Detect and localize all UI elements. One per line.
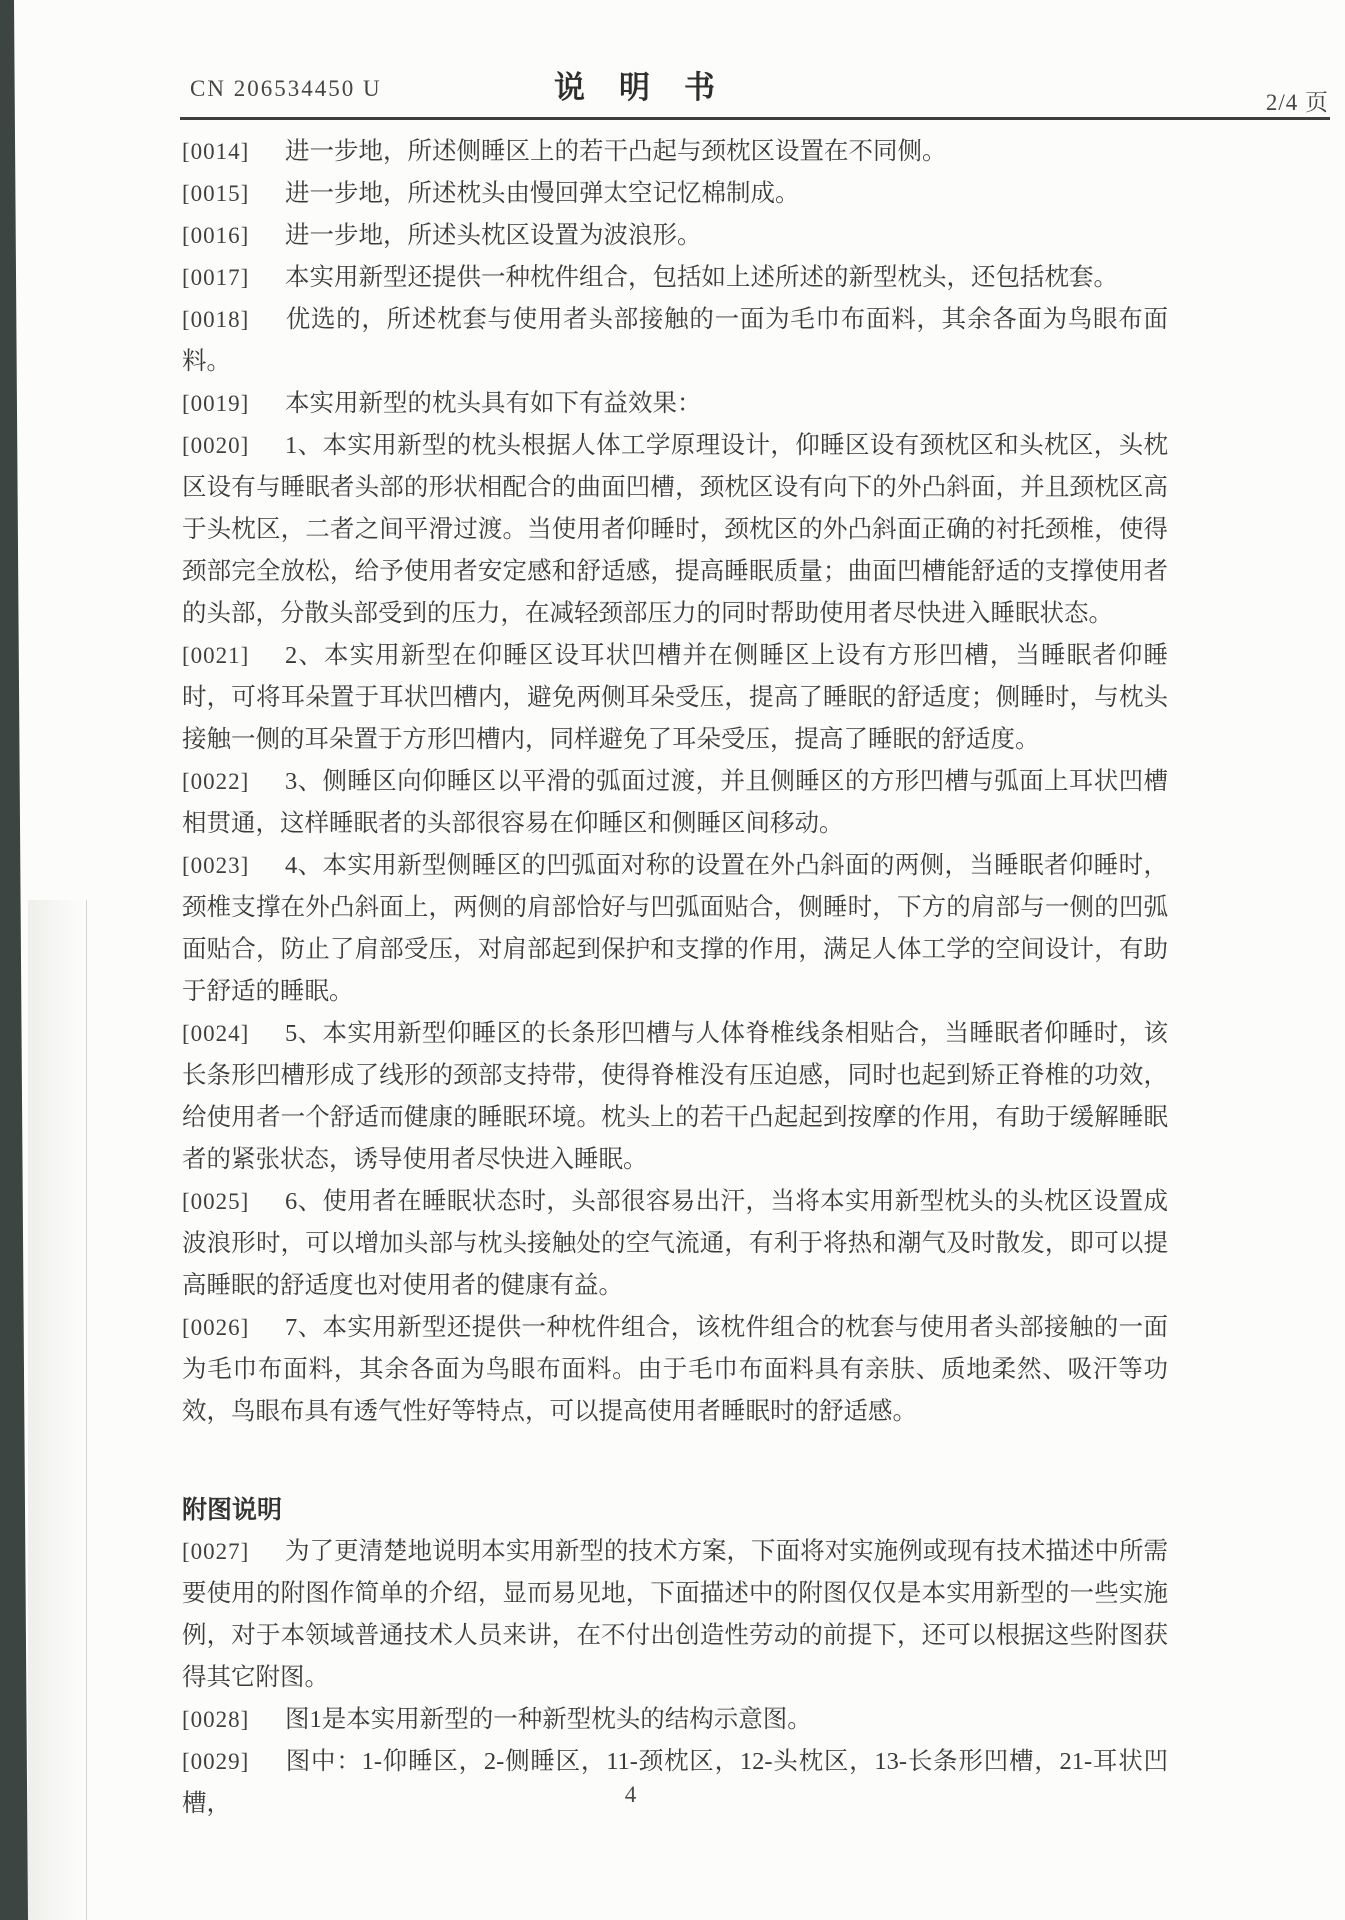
page-indicator: 2/4 页 [1266, 84, 1329, 117]
paragraph-text: 3、侧睡区向仰睡区以平滑的弧面过渡，并且侧睡区的方形凹槽与弧面上耳状凹槽相贯通，… [182, 768, 1168, 837]
specification-body: [0014]进一步地，所述侧睡区上的若干凸起与颈枕区设置在不同侧。[0015]进… [182, 131, 1168, 1825]
header-rule [180, 117, 1330, 120]
page-number: 4 [0, 1782, 1303, 1808]
paragraph: [0014]进一步地，所述侧睡区上的若干凸起与颈枕区设置在不同侧。 [182, 131, 1168, 173]
paragraph: [0022]3、侧睡区向仰睡区以平滑的弧面过渡，并且侧睡区的方形凹槽与弧面上耳状… [182, 761, 1168, 845]
paragraph-number: [0016] [182, 215, 285, 257]
paragraph-text: 优选的，所述枕套与使用者头部接触的一面为毛巾布面料，其余各面为鸟眼布面料。 [182, 306, 1168, 375]
page-crease [28, 900, 87, 1920]
paragraph: [0023]4、本实用新型侧睡区的凹弧面对称的设置在外凸斜面的两侧，当睡眠者仰睡… [182, 845, 1168, 1013]
paragraph: [0025]6、使用者在睡眠状态时，头部很容易出汗，当将本实用新型枕头的头枕区设… [182, 1181, 1168, 1307]
paragraph-text: 6、使用者在睡眠状态时，头部很容易出汗，当将本实用新型枕头的头枕区设置成波浪形时… [182, 1188, 1168, 1299]
paragraph-number: [0014] [182, 131, 285, 173]
paragraph-text: 为了更清楚地说明本实用新型的技术方案，下面将对实施例或现有技术描述中所需要使用的… [182, 1538, 1168, 1691]
paragraph: [0028]图1是本实用新型的一种新型枕头的结构示意图。 [182, 1699, 1168, 1741]
paragraph-text: 进一步地，所述枕头由慢回弹太空记忆棉制成。 [285, 180, 800, 207]
paragraph: [0027]为了更清楚地说明本实用新型的技术方案，下面将对实施例或现有技术描述中… [182, 1531, 1168, 1699]
paragraph-number: [0017] [182, 257, 285, 299]
paragraph-number: [0026] [182, 1307, 285, 1349]
paragraph-number: [0025] [182, 1181, 285, 1223]
paragraph: [0019]本实用新型的枕头具有如下有益效果： [182, 383, 1168, 425]
paragraph-number: [0015] [182, 173, 285, 215]
patent-specification-page: CN 206534450 U 说明书 2/4 页 [0014]进一步地，所述侧睡… [0, 0, 1345, 1920]
paragraph: [0026]7、本实用新型还提供一种枕件组合，该枕件组合的枕套与使用者头部接触的… [182, 1307, 1168, 1433]
document-title: 说明书 [0, 62, 1307, 107]
paragraph-text: 2、本实用新型在仰睡区设耳状凹槽并在侧睡区上设有方形凹槽，当睡眠者仰睡时，可将耳… [182, 642, 1168, 753]
paragraph-number: [0022] [182, 761, 285, 803]
paragraph-number: [0024] [182, 1013, 285, 1055]
paragraph-text: 本实用新型的枕头具有如下有益效果： [285, 390, 702, 417]
paragraph: [0020]1、本实用新型的枕头根据人体工学原理设计，仰睡区设有颈枕区和头枕区，… [182, 425, 1168, 635]
paragraph-number: [0018] [182, 299, 285, 341]
paragraph-text: 5、本实用新型仰睡区的长条形凹槽与人体脊椎线条相贴合，当睡眠者仰睡时，该长条形凹… [182, 1020, 1168, 1173]
paragraph-number: [0021] [182, 635, 285, 677]
paragraph: [0015]进一步地，所述枕头由慢回弹太空记忆棉制成。 [182, 173, 1168, 215]
paragraph-number: [0020] [182, 425, 285, 467]
paragraph-text: 1、本实用新型的枕头根据人体工学原理设计，仰睡区设有颈枕区和头枕区，头枕区设有与… [182, 432, 1168, 627]
paragraph-text: 进一步地，所述头枕区设置为波浪形。 [285, 222, 702, 249]
paragraph-list: [0014]进一步地，所述侧睡区上的若干凸起与颈枕区设置在不同侧。[0015]进… [182, 131, 1168, 1825]
paragraph-number: [0028] [182, 1699, 285, 1741]
paragraph-number: [0019] [182, 383, 285, 425]
paragraph-number: [0023] [182, 845, 285, 887]
paragraph: [0016]进一步地，所述头枕区设置为波浪形。 [182, 215, 1168, 257]
paragraph: [0021]2、本实用新型在仰睡区设耳状凹槽并在侧睡区上设有方形凹槽，当睡眠者仰… [182, 635, 1168, 761]
section-heading: 附图说明 [182, 1489, 1168, 1531]
paragraph-number: [0027] [182, 1531, 285, 1573]
paragraph-text: 进一步地，所述侧睡区上的若干凸起与颈枕区设置在不同侧。 [285, 138, 947, 165]
paragraph-text: 7、本实用新型还提供一种枕件组合，该枕件组合的枕套与使用者头部接触的一面为毛巾布… [182, 1314, 1168, 1425]
paragraph: [0018]优选的，所述枕套与使用者头部接触的一面为毛巾布面料，其余各面为鸟眼布… [182, 299, 1168, 383]
paragraph: [0024]5、本实用新型仰睡区的长条形凹槽与人体脊椎线条相贴合，当睡眠者仰睡时… [182, 1013, 1168, 1181]
paragraph-text: 图1是本实用新型的一种新型枕头的结构示意图。 [285, 1706, 812, 1733]
paragraph-text: 4、本实用新型侧睡区的凹弧面对称的设置在外凸斜面的两侧，当睡眠者仰睡时，颈椎支撑… [182, 852, 1168, 1005]
paragraph: [0017]本实用新型还提供一种枕件组合，包括如上述所述的新型枕头，还包括枕套。 [182, 257, 1168, 299]
paragraph-text: 本实用新型还提供一种枕件组合，包括如上述所述的新型枕头，还包括枕套。 [285, 264, 1118, 291]
paragraph-number: [0029] [182, 1741, 285, 1783]
